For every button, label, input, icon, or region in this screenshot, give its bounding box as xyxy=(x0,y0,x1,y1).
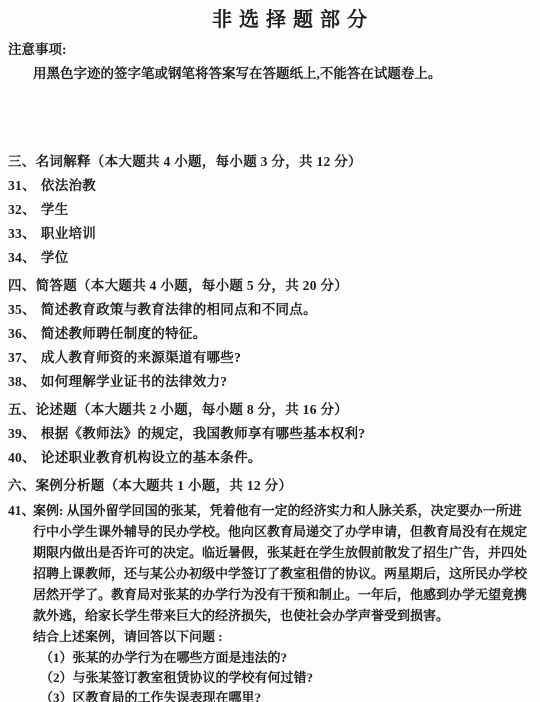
question-number: 39、 xyxy=(8,426,36,442)
section-heading: 五、论述题（本大题共 2 小题，每小题 8 分，共 16 分） xyxy=(8,402,532,418)
case-subquestion-2: （2）与张某签订教室租赁协议的学校有何过错? xyxy=(33,668,532,687)
case-question: 41、 案例: 从国外留学回国的张某，凭着他有一定的经济实力和人脉关系，决定要办… xyxy=(8,500,532,702)
case-subquestion-3: （3）区教育局的工作失误表现在哪里? xyxy=(33,688,532,702)
section-term-definitions: 三、名词解释（本大题共 4 小题，每小题 3 分，共 12 分） 31、依法治教… xyxy=(8,154,532,266)
question-row: 35、简述教育政策与教育法律的相同点和不同点。 xyxy=(8,302,532,318)
question-number: 35、 xyxy=(8,302,36,318)
question-row: 32、学生 xyxy=(8,202,532,218)
question-text: 职业培训 xyxy=(41,226,96,241)
question-number: 31、 xyxy=(8,178,36,194)
notes-label: 注意事项: xyxy=(8,42,532,58)
case-subquestion-1: （1）张某的办学行为在哪些方面是违法的? xyxy=(33,648,532,667)
question-number: 41、 xyxy=(8,500,35,521)
question-number: 36、 xyxy=(8,326,36,342)
question-text: 论述职业教育机构设立的基本条件。 xyxy=(41,450,262,465)
question-number: 38、 xyxy=(8,374,36,390)
question-row: 33、职业培训 xyxy=(8,226,532,242)
question-row: 37、成人教育师资的来源渠道有哪些? xyxy=(8,350,532,366)
exam-page: 非选择题部分 注意事项: 用黑色字迹的签字笔或钢笔将答案写在答题纸上,不能答在试… xyxy=(8,8,532,702)
section-short-answer: 四、简答题（本大题共 4 小题，每小题 5 分，共 20 分） 35、简述教育政… xyxy=(8,278,532,390)
question-text: 如何理解学业证书的法律效力? xyxy=(41,374,227,389)
question-text: 依法治教 xyxy=(41,178,96,193)
question-row: 40、论述职业教育机构设立的基本条件。 xyxy=(8,450,532,466)
question-text: 根据《教师法》的规定，我国教师享有哪些基本权利? xyxy=(41,426,365,441)
question-row: 36、简述教师聘任制度的特征。 xyxy=(8,326,532,342)
page-title: 非选择题部分 xyxy=(8,8,532,32)
question-text: 成人教育师资的来源渠道有哪些? xyxy=(41,350,241,365)
question-text: 学生 xyxy=(41,202,69,217)
section-heading: 三、名词解释（本大题共 4 小题，每小题 3 分，共 12 分） xyxy=(8,154,532,170)
question-row: 31、依法治教 xyxy=(8,178,532,194)
question-number: 34、 xyxy=(8,250,36,266)
question-row: 38、如何理解学业证书的法律效力? xyxy=(8,374,532,390)
section-heading: 四、简答题（本大题共 4 小题，每小题 5 分，共 20 分） xyxy=(8,278,532,294)
section-case-analysis: 六、案例分析题（本大题共 1 小题，共 12 分） 41、 案例: 从国外留学回… xyxy=(8,478,532,702)
question-sections: 三、名词解释（本大题共 4 小题，每小题 3 分，共 12 分） 31、依法治教… xyxy=(8,154,532,702)
question-number: 32、 xyxy=(8,202,36,218)
case-paragraph: 案例: 从国外留学回国的张某，凭着他有一定的经济实力和人脉关系，决定要办一所进 … xyxy=(33,500,532,626)
question-text: 简述教师聘任制度的特征。 xyxy=(41,326,207,341)
question-row: 39、根据《教师法》的规定，我国教师享有哪些基本权利? xyxy=(8,426,532,442)
question-row: 34、学位 xyxy=(8,250,532,266)
question-text: 学位 xyxy=(41,250,69,265)
question-number: 33、 xyxy=(8,226,36,242)
notes-text: 用黑色字迹的签字笔或钢笔将答案写在答题纸上,不能答在试题卷上。 xyxy=(8,66,532,82)
question-number: 37、 xyxy=(8,350,36,366)
question-text: 简述教育政策与教育法律的相同点和不同点。 xyxy=(41,302,317,317)
section-essay: 五、论述题（本大题共 2 小题，每小题 8 分，共 16 分） 39、根据《教师… xyxy=(8,402,532,466)
notes-section: 注意事项: 用黑色字迹的签字笔或钢笔将答案写在答题纸上,不能答在试题卷上。 xyxy=(8,42,532,82)
section-heading: 六、案例分析题（本大题共 1 小题，共 12 分） xyxy=(8,478,532,494)
question-number: 40、 xyxy=(8,450,36,466)
case-prompt: 结合上述案例，请回答以下问题 : xyxy=(33,626,532,647)
